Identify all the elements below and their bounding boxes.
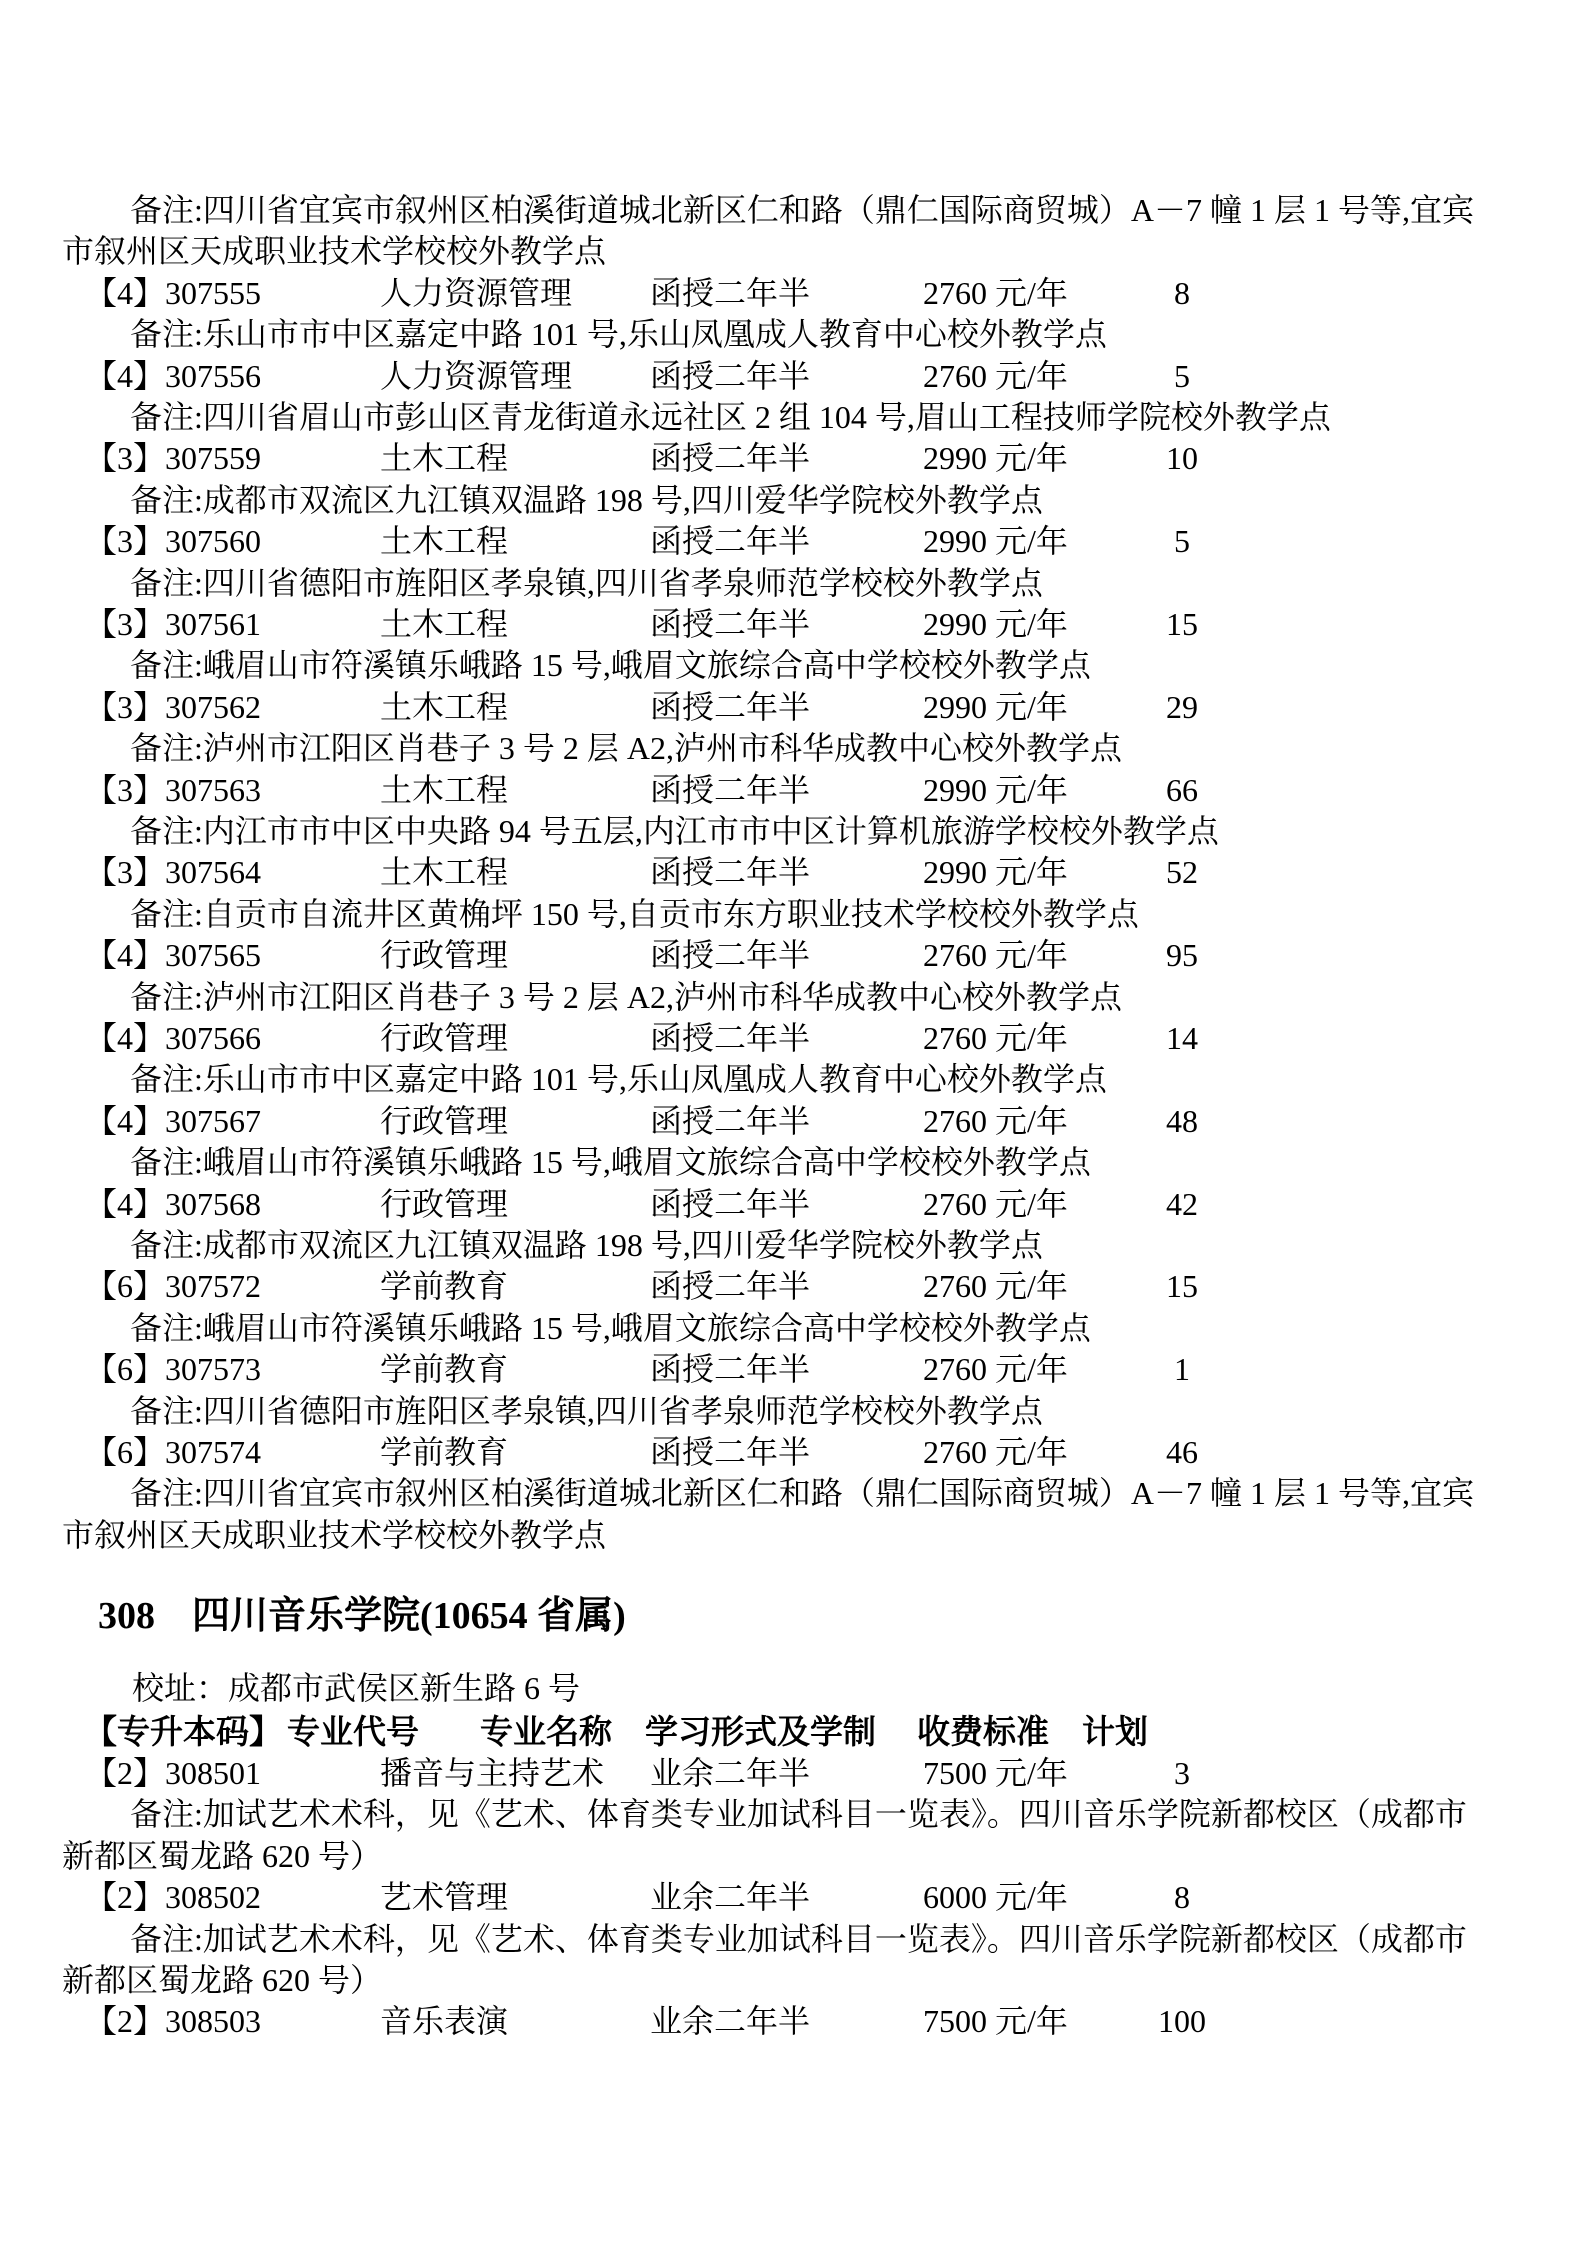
fee-standard: 2760 元/年	[923, 1268, 1068, 1304]
document-page: 备注:四川省宜宾市叙州区柏溪街道城北新区仁和路（鼎仁国际商贸城）A－7 幢 1 …	[0, 0, 1587, 2245]
school-title: 四川音乐学院(10654 省属)	[192, 1594, 626, 1638]
plan-count: 3	[1140, 1755, 1224, 1791]
remark-line: 备注:加试艺术术科，见《艺术、体育类专业加试科目一览表》。四川音乐学院新都校区（…	[0, 1796, 1587, 1832]
plan-count: 48	[1140, 1103, 1224, 1139]
program-code: 【4】307565	[85, 937, 261, 973]
plan-count: 100	[1140, 2003, 1224, 2039]
remark-line: 备注:乐山市市中区嘉定中路 101 号,乐山凤凰成人教育中心校外教学点	[0, 316, 1587, 352]
address-label: 校址：	[132, 1670, 228, 1706]
study-form: 业余二年半	[650, 1755, 810, 1791]
remark-line: 备注:四川省宜宾市叙州区柏溪街道城北新区仁和路（鼎仁国际商贸城）A－7 幢 1 …	[0, 1475, 1587, 1511]
program-code: 【6】307574	[85, 1434, 261, 1470]
remark-line: 备注:峨眉山市符溪镇乐峨路 15 号,峨眉文旅综合高中学校校外教学点	[0, 647, 1587, 683]
study-form: 函授二年半	[650, 358, 810, 394]
study-form: 函授二年半	[650, 1434, 810, 1470]
program-code: 【3】307560	[85, 523, 261, 559]
program-code: 【3】307562	[85, 689, 261, 725]
fee-standard: 2760 元/年	[923, 1351, 1068, 1387]
fee-standard: 7500 元/年	[923, 1755, 1068, 1791]
plan-count: 66	[1140, 772, 1224, 808]
major-name: 音乐表演	[380, 2003, 508, 2039]
fee-standard: 2760 元/年	[923, 937, 1068, 973]
plan-count: 1	[1140, 1351, 1224, 1387]
plan-count: 95	[1140, 937, 1224, 973]
major-name: 土木工程	[380, 689, 508, 725]
remark-line: 备注:峨眉山市符溪镇乐峨路 15 号,峨眉文旅综合高中学校校外教学点	[0, 1144, 1587, 1180]
program-code: 【4】307556	[85, 358, 261, 394]
program-code: 【2】308503	[85, 2003, 261, 2039]
plan-count: 8	[1140, 1879, 1224, 1915]
remark-line: 备注:加试艺术术科，见《艺术、体育类专业加试科目一览表》。四川音乐学院新都校区（…	[0, 1921, 1587, 1957]
fee-standard: 6000 元/年	[923, 1879, 1068, 1915]
school-number: 308	[98, 1594, 155, 1638]
plan-count: 15	[1140, 1268, 1224, 1304]
study-form: 函授二年半	[650, 523, 810, 559]
fee-standard: 2760 元/年	[923, 1186, 1068, 1222]
study-form: 函授二年半	[650, 606, 810, 642]
study-form: 函授二年半	[650, 772, 810, 808]
fee-standard: 2990 元/年	[923, 772, 1068, 808]
program-code: 【3】307559	[85, 440, 261, 476]
major-name: 行政管理	[380, 1186, 508, 1222]
study-form: 函授二年半	[650, 1268, 810, 1304]
study-form: 函授二年半	[650, 275, 810, 311]
major-name: 土木工程	[380, 606, 508, 642]
fee-standard: 2990 元/年	[923, 854, 1068, 890]
major-name: 行政管理	[380, 1103, 508, 1139]
study-form: 函授二年半	[650, 1351, 810, 1387]
program-code: 【3】307564	[85, 854, 261, 890]
remark-continuation-line: 新都区蜀龙路 620 号）	[0, 1962, 1587, 1998]
fee-standard: 2760 元/年	[923, 1020, 1068, 1056]
study-form: 业余二年半	[650, 1879, 810, 1915]
program-code: 【3】307563	[85, 772, 261, 808]
col-header-study-form: 学习形式及学制	[645, 1714, 876, 1752]
fee-standard: 2760 元/年	[923, 358, 1068, 394]
remark-line: 备注:泸州市江阳区肖巷子 3 号 2 层 A2,泸州市科华成教中心校外教学点	[0, 979, 1587, 1015]
program-code: 【6】307573	[85, 1351, 261, 1387]
col-header-plan: 计划	[1082, 1714, 1148, 1752]
major-name: 人力资源管理	[380, 275, 572, 311]
study-form: 业余二年半	[650, 2003, 810, 2039]
col-header-code-tag: 【专升本码】	[84, 1714, 282, 1752]
plan-count: 5	[1140, 358, 1224, 394]
remark-line: 备注:自贡市自流井区黄桷坪 150 号,自贡市东方职业技术学校校外教学点	[0, 896, 1587, 932]
col-header-fee-standard: 收费标准	[917, 1714, 1049, 1752]
remark-continuation-line: 新都区蜀龙路 620 号）	[0, 1838, 1587, 1874]
remark-line: 备注:成都市双流区九江镇双温路 198 号,四川爱华学院校外教学点	[0, 1227, 1587, 1263]
fee-standard: 7500 元/年	[923, 2003, 1068, 2039]
fee-standard: 2990 元/年	[923, 523, 1068, 559]
fee-standard: 2990 元/年	[923, 606, 1068, 642]
plan-count: 15	[1140, 606, 1224, 642]
plan-count: 8	[1140, 275, 1224, 311]
major-name: 学前教育	[380, 1268, 508, 1304]
study-form: 函授二年半	[650, 1103, 810, 1139]
major-name: 播音与主持艺术	[380, 1755, 604, 1791]
plan-count: 42	[1140, 1186, 1224, 1222]
study-form: 函授二年半	[650, 440, 810, 476]
remark-line: 备注:四川省德阳市旌阳区孝泉镇,四川省孝泉师范学校校外教学点	[0, 565, 1587, 601]
remark-line: 备注:四川省眉山市彭山区青龙街道永远社区 2 组 104 号,眉山工程技师学院校…	[0, 399, 1587, 435]
plan-count: 46	[1140, 1434, 1224, 1470]
program-code: 【4】307567	[85, 1103, 261, 1139]
col-header-major-code: 专业代号	[287, 1714, 419, 1752]
remark-line: 备注:内江市市中区中央路 94 号五层,内江市市中区计算机旅游学校校外教学点	[0, 813, 1587, 849]
major-name: 行政管理	[380, 937, 508, 973]
plan-count: 29	[1140, 689, 1224, 725]
study-form: 函授二年半	[650, 937, 810, 973]
major-name: 行政管理	[380, 1020, 508, 1056]
plan-count: 10	[1140, 440, 1224, 476]
col-header-major-name: 专业名称	[480, 1714, 612, 1752]
study-form: 函授二年半	[650, 1020, 810, 1056]
remark-continuation-line: 市叙州区天成职业技术学校校外教学点	[0, 233, 1587, 269]
program-code: 【4】307568	[85, 1186, 261, 1222]
remark-line: 备注:乐山市市中区嘉定中路 101 号,乐山凤凰成人教育中心校外教学点	[0, 1061, 1587, 1097]
major-name: 人力资源管理	[380, 358, 572, 394]
remark-line: 备注:峨眉山市符溪镇乐峨路 15 号,峨眉文旅综合高中学校校外教学点	[0, 1310, 1587, 1346]
plan-count: 5	[1140, 523, 1224, 559]
major-name: 土木工程	[380, 772, 508, 808]
major-name: 土木工程	[380, 440, 508, 476]
major-name: 土木工程	[380, 854, 508, 890]
study-form: 函授二年半	[650, 854, 810, 890]
fee-standard: 2760 元/年	[923, 1434, 1068, 1470]
major-name: 艺术管理	[380, 1879, 508, 1915]
remark-continuation-line: 市叙州区天成职业技术学校校外教学点	[0, 1517, 1587, 1553]
fee-standard: 2990 元/年	[923, 689, 1068, 725]
fee-standard: 2990 元/年	[923, 440, 1068, 476]
remark-line: 备注:四川省宜宾市叙州区柏溪街道城北新区仁和路（鼎仁国际商贸城）A－7 幢 1 …	[0, 192, 1587, 228]
program-code: 【3】307561	[85, 606, 261, 642]
remark-line: 备注:泸州市江阳区肖巷子 3 号 2 层 A2,泸州市科华成教中心校外教学点	[0, 730, 1587, 766]
program-code: 【4】307555	[85, 275, 261, 311]
plan-count: 52	[1140, 854, 1224, 890]
plan-count: 14	[1140, 1020, 1224, 1056]
program-code: 【2】308502	[85, 1879, 261, 1915]
remark-line: 备注:四川省德阳市旌阳区孝泉镇,四川省孝泉师范学校校外教学点	[0, 1393, 1587, 1429]
program-code: 【2】308501	[85, 1755, 261, 1791]
school-address-line: 校址：成都市武侯区新生路 6 号	[132, 1670, 580, 1706]
fee-standard: 2760 元/年	[923, 275, 1068, 311]
major-name: 土木工程	[380, 523, 508, 559]
program-code: 【6】307572	[85, 1268, 261, 1304]
major-name: 学前教育	[380, 1351, 508, 1387]
remark-line: 备注:成都市双流区九江镇双温路 198 号,四川爱华学院校外教学点	[0, 482, 1587, 518]
fee-standard: 2760 元/年	[923, 1103, 1068, 1139]
study-form: 函授二年半	[650, 689, 810, 725]
program-code: 【4】307566	[85, 1020, 261, 1056]
major-name: 学前教育	[380, 1434, 508, 1470]
address-value: 成都市武侯区新生路 6 号	[228, 1670, 580, 1706]
study-form: 函授二年半	[650, 1186, 810, 1222]
